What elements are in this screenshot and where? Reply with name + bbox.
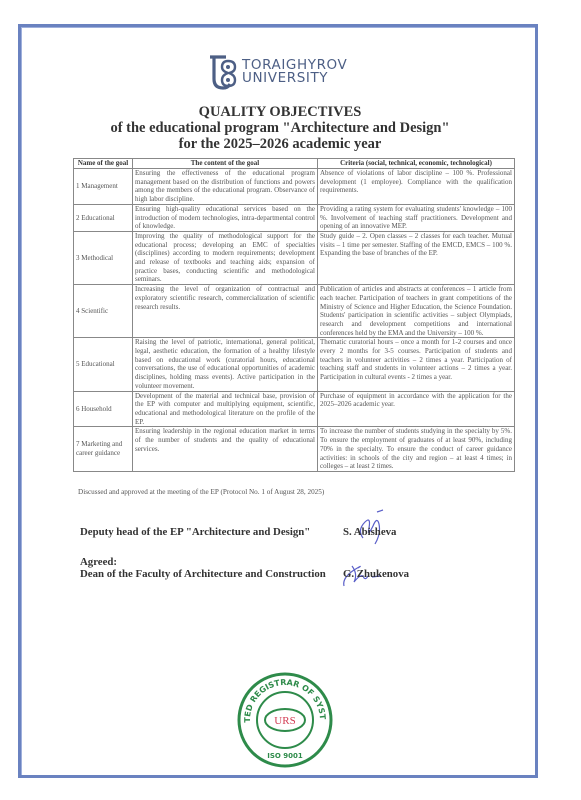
goal-name: 3 Methodical [74, 231, 133, 284]
goal-content: Improving the quality of methodological … [133, 231, 318, 284]
goal-content: Increasing the level of organization of … [133, 285, 318, 338]
goal-content: Ensuring high-quality educational servic… [133, 204, 318, 231]
goal-name: 6 Household [74, 391, 133, 427]
table-row: 6 Household Development of the material … [74, 391, 515, 427]
goal-content: Ensuring leadership in the regional educ… [133, 427, 318, 472]
goal-name: 7 Marketing and career guidance [74, 427, 133, 472]
goal-content: Raising the level of patriotic, internat… [133, 338, 318, 391]
header-criteria: Criteria (social, technical, economic, t… [318, 159, 515, 169]
goal-criteria: Purchase of equipment in accordance with… [318, 391, 515, 427]
logo-line-2: UNIVERSITY [242, 72, 347, 85]
goal-criteria: Absence of violations of labor disciplin… [318, 169, 515, 205]
document-title: QUALITY OBJECTIVES [0, 104, 560, 121]
toraighyrov-emblem-icon [208, 53, 238, 91]
goal-content: Ensuring the effectiveness of the educat… [133, 169, 318, 205]
seal-center-text: URS [274, 715, 295, 727]
dean-title: Dean of the Faculty of Architecture and … [80, 568, 326, 580]
goal-criteria: Thematic curatorial hours – once a month… [318, 338, 515, 391]
goal-name: 1 Management [74, 169, 133, 205]
table-row: 5 Educational Raising the level of patri… [74, 338, 515, 391]
document-subtitle: of the educational program "Architecture… [0, 120, 560, 137]
table-row: 3 Methodical Improving the quality of me… [74, 231, 515, 284]
seal-iso-text: ISO 9001 [267, 752, 303, 760]
goal-name: 5 Educational [74, 338, 133, 391]
goal-criteria: Providing a rating system for evaluating… [318, 204, 515, 231]
university-logo: TORAIGHYROV UNIVERSITY [208, 53, 347, 91]
goal-name: 2 Educational [74, 204, 133, 231]
quality-objectives-table: Name of the goal The content of the goal… [73, 158, 515, 472]
agreed-label: Agreed: [80, 556, 117, 568]
goal-criteria: Study guide – 2. Open classes – 2 classe… [318, 231, 515, 284]
table-row: 2 Educational Ensuring high-quality educ… [74, 204, 515, 231]
header-goal-name: Name of the goal [74, 159, 133, 169]
header-goal-content: The content of the goal [133, 159, 318, 169]
table-header-row: Name of the goal The content of the goal… [74, 159, 515, 169]
goal-criteria: Publication of articles and abstracts at… [318, 285, 515, 338]
dean-name: G. Zhukenova [343, 568, 409, 580]
document-period: for the 2025–2026 academic year [0, 136, 560, 153]
goal-content: Development of the material and technica… [133, 391, 318, 427]
table-row: 7 Marketing and career guidance Ensuring… [74, 427, 515, 472]
table-row: 4 Scientific Increasing the level of org… [74, 285, 515, 338]
goal-name: 4 Scientific [74, 285, 133, 338]
table-row: 1 Management Ensuring the effectiveness … [74, 169, 515, 205]
deputy-name: S. Abisheva [343, 526, 396, 538]
goal-criteria: To increase the number of students study… [318, 427, 515, 472]
approval-note: Discussed and approved at the meeting of… [78, 488, 324, 496]
iso-certification-seal-icon: UNITED REGISTRAR OF SYSTEMS URS ISO 9001 [235, 670, 335, 770]
deputy-title: Deputy head of the EP "Architecture and … [80, 526, 310, 538]
